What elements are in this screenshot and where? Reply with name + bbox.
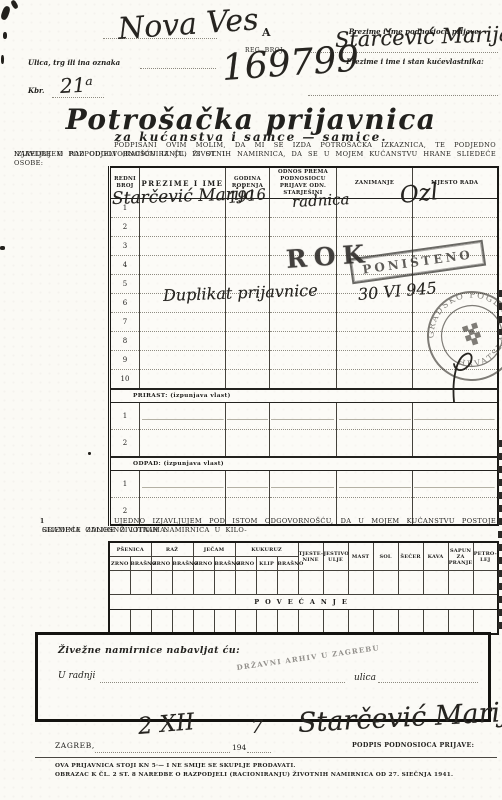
date-handwriting: 2 XII: [137, 709, 196, 740]
sub-klip: KLIP: [256, 557, 277, 571]
cell: [140, 237, 226, 256]
scan-speck: [88, 452, 91, 455]
cell: [235, 610, 256, 635]
house-number-label: Kbr.: [28, 86, 44, 95]
ulica-label: ulica: [354, 673, 376, 683]
cell: [109, 610, 130, 635]
cell: [140, 471, 226, 498]
prirast-label: PRIRAST: (izpunjava vlast): [110, 389, 498, 403]
increase-label: POVEĆANJE: [109, 595, 498, 610]
row-number: 9: [110, 351, 140, 370]
cell: [337, 313, 413, 332]
cell: [193, 610, 214, 635]
cell: [337, 370, 413, 390]
cell: [140, 351, 226, 370]
cell: [473, 610, 498, 635]
group-kukuruz: KUKURUZ: [235, 542, 298, 557]
cell: [256, 610, 277, 635]
cell: [172, 571, 193, 595]
cell: [256, 571, 277, 595]
scan-speck: [1, 55, 4, 64]
sub-brasno: BRAŠNO: [277, 557, 298, 571]
shop-line: [100, 682, 345, 683]
person-row: 2: [110, 218, 498, 237]
cell: [270, 403, 337, 430]
cell: [337, 351, 413, 370]
shop-label: U radnji: [58, 671, 95, 681]
svg-text:GRADSKO POGLAVARSTVO: GRADSKO POGLAVARSTVO: [424, 288, 502, 355]
applicant-name-handwriting: Starčević Marija: [335, 22, 502, 52]
cell: [140, 256, 226, 275]
supplies-table: PŠENICA RAŽ JEČAM KUKURUZ TJESTE- NINE J…: [108, 541, 499, 635]
cell: [151, 610, 172, 635]
cell: [226, 218, 270, 237]
cell: [448, 610, 473, 635]
row-number: 3: [110, 237, 140, 256]
cell: [130, 610, 151, 635]
supplies-empty-row: [109, 610, 498, 635]
col-sol: SOL: [373, 542, 398, 571]
cell: [398, 610, 423, 635]
seal-coat-of-arms: [462, 323, 482, 346]
odpad-section-row: ODPAD: (izpunjava vlast): [110, 457, 498, 471]
year-handwriting: 7: [251, 716, 263, 738]
prirast-row: 2: [110, 430, 498, 458]
cell: [140, 218, 226, 237]
group-psenica: PŠENICA: [109, 542, 151, 557]
cell: [226, 430, 270, 458]
city-label: ZAGREB,: [55, 741, 95, 750]
handwritten-hook-mark: [446, 350, 476, 406]
prirast-row: 1: [110, 403, 498, 430]
cell: [235, 571, 256, 595]
row-number: 7: [110, 313, 140, 332]
cell: [298, 571, 323, 595]
cell: [140, 403, 226, 430]
sub-brasno: BRAŠNO: [214, 557, 235, 571]
cell: [214, 610, 235, 635]
person1-occupation-handwriting: radnica: [292, 190, 350, 211]
odpad-label: ODPAD: (izpunjava vlast): [110, 457, 498, 471]
row-number: 2: [110, 218, 140, 237]
cell: [193, 571, 214, 595]
row-number: 8: [110, 332, 140, 351]
row-number: 2: [110, 430, 140, 458]
cell: [448, 571, 473, 595]
sub-zrno: ZRNO: [151, 557, 172, 571]
cell: [337, 430, 413, 458]
col-mast: MAST: [348, 542, 373, 571]
cell: [398, 571, 423, 595]
odpad-row: 1: [110, 471, 498, 498]
scanned-form-page: Nova Ves Ulica, trg ili ina oznaka Kbr. …: [0, 0, 502, 800]
cell: [373, 610, 398, 635]
group-raz: RAŽ: [151, 542, 193, 557]
cell: [226, 471, 270, 498]
col-sapun: SAPUN ZA PRANJE: [448, 542, 473, 571]
cell: [140, 313, 226, 332]
cell: [413, 218, 498, 237]
supplies-increase-row: POVEĆANJE: [109, 595, 498, 610]
row-number: 6: [110, 294, 140, 313]
archive-stamp: DRŽAVNI ARHIV U ZAGREBU: [236, 643, 380, 672]
cell: [423, 571, 448, 595]
cell: [226, 370, 270, 390]
supplies-intro-line-2: GRAMIMA ODNOSNO LITRAMA:: [42, 526, 496, 535]
cell: [226, 313, 270, 332]
cell: [270, 332, 337, 351]
cell: [337, 332, 413, 351]
street-value-handwriting: Nova Ves: [117, 2, 260, 47]
cell: [270, 471, 337, 498]
cell: [373, 571, 398, 595]
cell: [323, 610, 348, 635]
price-note: OVA PRIJAVNICA STOJI KN 5·— I NE SMIJE S…: [55, 763, 296, 769]
cell: [226, 237, 270, 256]
cell: [337, 218, 413, 237]
street-line-2: [140, 68, 216, 69]
prirast-section-row: PRIRAST: (izpunjava vlast): [110, 389, 498, 403]
cell: [423, 610, 448, 635]
purchase-heading: Živežne namirnice nabavljat ću:: [58, 645, 240, 656]
sub-zrno: ZRNO: [235, 557, 256, 571]
scan-speck: [0, 246, 5, 250]
cell: [298, 610, 323, 635]
cell: [270, 313, 337, 332]
section-letter: A: [262, 26, 271, 39]
person1-workplace-handwriting: Ozl: [399, 179, 440, 209]
seal-top-text: GRADSKO POGLAVARSTVO: [424, 288, 502, 355]
sub-brasno: BRAŠNO: [172, 557, 193, 571]
cell: [172, 610, 193, 635]
col-petrolej: PETRO- LEJ: [473, 542, 498, 571]
cell: [130, 571, 151, 595]
group-jecam: JEČAM: [193, 542, 235, 557]
cell: [337, 403, 413, 430]
col-secer: ŠEĆER: [398, 542, 423, 571]
sub-zrno: ZRNO: [109, 557, 130, 571]
scan-edge-artifact: [498, 440, 502, 635]
cell: [214, 571, 235, 595]
cell: [270, 370, 337, 390]
cell: [348, 610, 373, 635]
cell: [348, 571, 373, 595]
year-line: [247, 752, 271, 753]
col-kava: KAVA: [423, 542, 448, 571]
row-number: 4: [110, 256, 140, 275]
scan-speck: [3, 32, 7, 39]
sub-brasno: BRAŠNO: [130, 557, 151, 571]
cell: [226, 256, 270, 275]
cell: [337, 471, 413, 498]
year-prefix: 194: [232, 743, 246, 752]
col-jestivo-ulje: JESTIVO ULJE: [323, 542, 348, 571]
cell: [270, 351, 337, 370]
cell: [323, 571, 348, 595]
cell: [413, 471, 498, 498]
cell: [413, 403, 498, 430]
supplies-empty-row: [109, 571, 498, 595]
form-reference-note: OBRAZAC K ČL. 2 ST. 8 NAREDBE O RAZPODJE…: [55, 772, 453, 778]
cell: [277, 610, 298, 635]
landlord-line: [308, 95, 498, 96]
row-number: 5: [110, 275, 140, 294]
sub-zrno: ZRNO: [193, 557, 214, 571]
row-number: 1: [110, 403, 140, 430]
signature-label: PODPIS PODNOSIOCA PRIJAVE:: [352, 742, 474, 749]
cell: [473, 571, 498, 595]
cell: [270, 430, 337, 458]
cell: [270, 218, 337, 237]
cell: [140, 430, 226, 458]
cell: [226, 403, 270, 430]
cell: [413, 430, 498, 458]
reg-number-handwriting: 169799: [221, 38, 361, 88]
date-line: [95, 752, 230, 753]
cell: [226, 351, 270, 370]
row-number: 10: [110, 370, 140, 390]
scan-speck: [0, 5, 11, 21]
cell: [277, 571, 298, 595]
row-number: 1: [110, 471, 140, 498]
street-label: Ulica, trg ili ina oznaka: [28, 58, 120, 67]
cell: [140, 332, 226, 351]
footer-divider: [35, 757, 497, 758]
cell: [226, 332, 270, 351]
scan-speck: [10, 0, 19, 10]
house-number-handwriting: 21ᵃ: [59, 72, 93, 98]
ulica-line: [378, 682, 478, 683]
cell: [151, 571, 172, 595]
cell: [109, 571, 130, 595]
cell: [140, 370, 226, 390]
supplies-group-header-row: PŠENICA RAŽ JEČAM KUKURUZ TJESTE- NINE J…: [109, 542, 498, 557]
